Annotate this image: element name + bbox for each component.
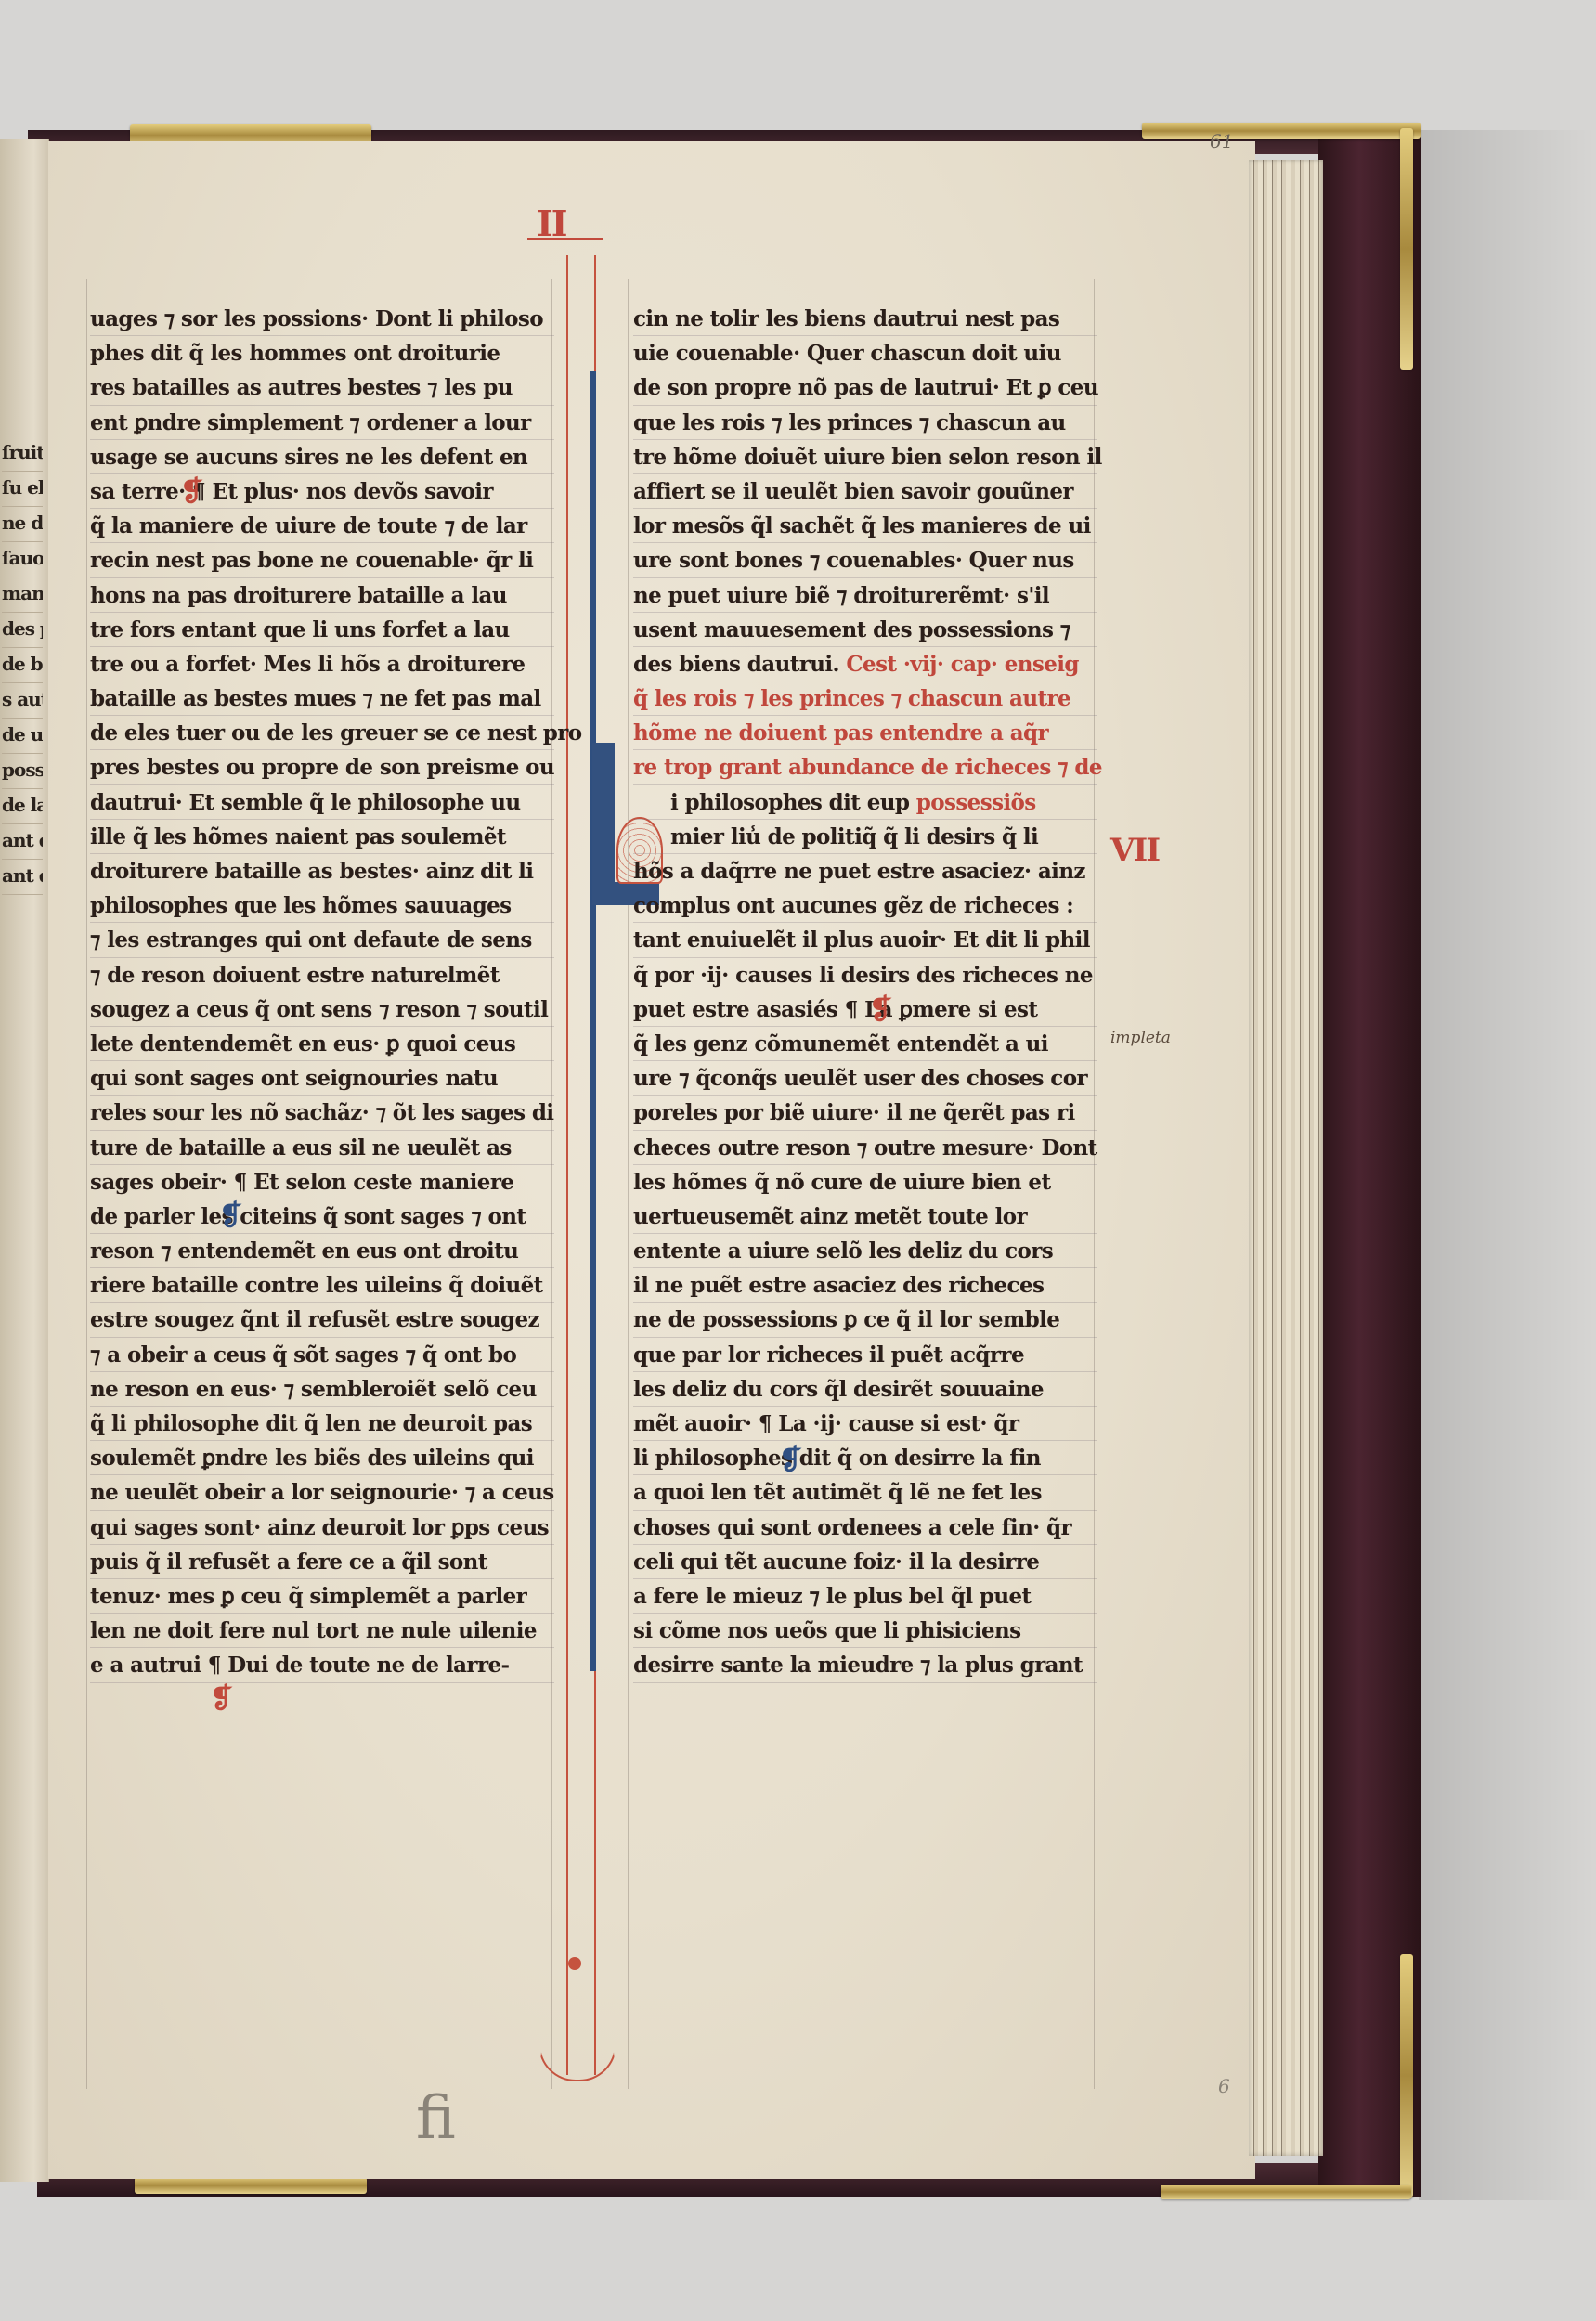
right-text-column: cin ne tolir les biens dautrui nest pas … [633, 302, 1097, 1683]
text-line: reles sour les nõ sachãz· ⁊ õt les sages… [90, 1096, 554, 1130]
text-segment: des biens dautrui. [633, 652, 839, 677]
gilt-corner-top-right [1142, 123, 1421, 139]
text-line: phes dit q̃ les hommes ont droiturie [90, 336, 554, 370]
text-line: soulemẽt ꝑndre les biẽs des uileins qui [90, 1441, 554, 1475]
text-line: e a autrui ¶ Dui de toute ne de larre- [90, 1648, 554, 1682]
left-facing-page: ſruit ⁊ de ſu el cel ne doiuẽ ſauoir man… [0, 139, 49, 2182]
fragment: maniers [2, 577, 43, 613]
left-facing-page-text: ſruit ⁊ de ſu el cel ne doiuẽ ſauoir man… [2, 436, 43, 1913]
text-line: philosophes que les hõmes sauuages [90, 888, 554, 923]
text-line: checes outre reson ⁊ outre mesure· Dont [633, 1131, 1097, 1165]
text-line: res batailles as autres bestes ⁊ les pu [90, 370, 554, 405]
text-line: celi qui tẽt aucune foiz· il la desirre [633, 1545, 1097, 1579]
text-line: les hõmes q̃ nõ cure de uiure bien et [633, 1165, 1097, 1199]
text-line: que les rois ⁊ les princes ⁊ chascun au [633, 406, 1097, 440]
text-line: que par lor richeces il puẽt acq̃rre [633, 1338, 1097, 1372]
left-text-column: uages ⁊ sor les possions· Dont li philos… [90, 302, 554, 1683]
text-line: tenuz· mes ꝑ ceu q̃ simplemẽt a parler [90, 1579, 554, 1614]
text-line: les deliz du cors q̃l desirẽt souuaine [633, 1372, 1097, 1407]
text-line: ille q̃ les hõmes naient pas soulemẽt [90, 820, 554, 854]
book-shadow [1419, 130, 1595, 2200]
text-line: a quoi len tẽt autimẽt q̃ lẽ ne fet les [633, 1475, 1097, 1510]
fragment: possions [2, 754, 43, 789]
text-line: choses qui sont ordenees a cele fin· q̃r [633, 1511, 1097, 1545]
text-line: uertueusemẽt ainz metẽt toute lor [633, 1199, 1097, 1234]
text-line: recin nest pas bone ne couenable· q̃r li [90, 543, 554, 577]
text-line: lete dentendemẽt en eus· ꝑ quoi ceus [90, 1027, 554, 1061]
text-line: qui sages sont· ainz deuroit lor ꝑps ceu… [90, 1511, 554, 1545]
rubric-line: hõme ne doiuent pas entendre a aq̃r [633, 716, 1097, 750]
text-line: usent mauuesement des possessions ⁊ [633, 613, 1097, 647]
paragraph-mark-blue: ❡ [219, 1199, 242, 1232]
text-line: ne puet uiure biẽ ⁊ droiturerẽmt· s'il [633, 578, 1097, 613]
text-line: dautrui· Et semble q̃ le philosophe uu [90, 785, 554, 820]
text-line: puet estre asasiés ¶ La ꝑmere si est [633, 992, 1097, 1027]
text-line: sougez a ceus q̃ ont sens ⁊ reson ⁊ sout… [90, 992, 554, 1027]
text-line: uie couenable· Quer chascun doit uiu [633, 336, 1097, 370]
text-line: hõs a daq̃rre ne puet estre asaciez· ain… [633, 854, 1097, 888]
text-line: cin ne tolir les biens dautrui nest pas [633, 302, 1097, 336]
text-line: de son propre nõ pas de lautrui· Et ꝑ ce… [633, 370, 1097, 405]
rubric-segment: possessiõs [916, 790, 1036, 815]
bottom-pencil-note: fi [416, 2084, 456, 2153]
flourish-stem-blue [590, 371, 596, 1671]
fragment: de bestes [2, 648, 43, 683]
text-line: ture de bataille a eus sil ne ueulẽt as [90, 1131, 554, 1165]
text-line: tre fors entant que li uns forfet a lau [90, 613, 554, 647]
fragment: ant de [2, 824, 43, 860]
text-line: estre sougez q̃nt il refusẽt estre souge… [90, 1303, 554, 1337]
text-line: puis q̃ il refusẽt a fere ce a q̃il sont [90, 1545, 554, 1579]
text-line: ne de possessions ꝑ ce q̃ il lor semble [633, 1303, 1097, 1337]
text-line-with-rubric: i philosophes dit eup possessiõs [633, 785, 1097, 820]
fragment: s autres [2, 683, 43, 719]
gilt-edge-right-top [1400, 128, 1413, 370]
text-line: ure ⁊ q̃conq̃s ueulẽt user des choses co… [633, 1061, 1097, 1096]
folio-number: 61 [1210, 130, 1233, 152]
rubric-line: re trop grant abundance de richeces ⁊ de [633, 750, 1097, 784]
text-line: pres bestes ou propre de son preisme ou [90, 750, 554, 784]
binding-right-board [1318, 130, 1421, 2197]
text-line: riere bataille contre les uileins q̃ doi… [90, 1268, 554, 1303]
paragraph-mark-blue: ❡ [779, 1444, 802, 1476]
text-line: li philosophes dit q̃ on desirre la fin [633, 1441, 1097, 1475]
chapter-numeral: VII [1110, 832, 1159, 869]
bottom-right-pencil-mark: 6 [1218, 2075, 1230, 2097]
ruling-left-column-left [86, 279, 87, 2089]
text-line: reson ⁊ entendemẽt en eus ont droitu [90, 1234, 554, 1268]
rubric-line: q̃ les rois ⁊ les princes ⁊ chascun autr… [633, 681, 1097, 716]
text-line: q̃ la maniere de uiure de toute ⁊ de lar [90, 509, 554, 543]
text-line: affiert se il ueulẽt bien savoir gouũner [633, 474, 1097, 509]
fragment: des puis [2, 613, 43, 648]
fragment: de larre [2, 789, 43, 824]
page-edges-stack [1249, 160, 1323, 2156]
text-line: entente a uiure selõ les deliz du cors [633, 1234, 1097, 1268]
text-line: ⁊ les estranges qui ont defaute de sens [90, 923, 554, 957]
text-line: ne reson en eus· ⁊ sembleroiẽt selõ ceu [90, 1372, 554, 1407]
text-line: droiturere bataille as bestes· ainz dit … [90, 854, 554, 888]
marginal-note: impleta [1110, 1029, 1171, 1047]
text-line: poreles por biẽ uiure· il ne q̃erẽt pas … [633, 1096, 1097, 1130]
ruling-right-column-left [628, 279, 629, 2089]
paragraph-mark-red: ❡ [869, 993, 892, 1026]
gilt-edge-right-bottom [1400, 1954, 1413, 2198]
text-line: ne ueulẽt obeir a lor seignourie· ⁊ a ce… [90, 1475, 554, 1510]
text-line: tre ou a forfet· Mes li hõs a droiturere [90, 647, 554, 681]
text-line: uages ⁊ sor les possions· Dont li philos… [90, 302, 554, 336]
text-line: ⁊ de reson doiuent estre naturelmẽt [90, 958, 554, 992]
text-line: mier liu̾ de politiq̃ q̃ li desirs q̃ li [633, 820, 1097, 854]
fragment: ſu el cel [2, 472, 43, 507]
fragment: de uis [2, 719, 43, 754]
text-line: mẽt auoir· ¶ La ·ij· cause si est· q̃r [633, 1407, 1097, 1441]
text-line: complus ont aucunes gẽz de richeces : [633, 888, 1097, 923]
fragment: ſauoir [2, 542, 43, 577]
text-line: ure sont bones ⁊ couenables· Quer nus [633, 543, 1097, 577]
paragraph-mark-red: ❡ [180, 475, 203, 508]
text-line: q̃ les genz cõmunemẽt entendẽt a ui [633, 1027, 1097, 1061]
text-line-with-rubric: des biens dautrui. Cest ·vij· cap· ensei… [633, 647, 1097, 681]
paragraph-mark-red: ❡ [210, 1682, 233, 1715]
text-line: bataille as bestes mues ⁊ ne fet pas mal [90, 681, 554, 716]
text-line: len ne doit fere nul tort ne nule uileni… [90, 1614, 554, 1648]
text-line: tre hõme doiuẽt uiure bien selon reson i… [633, 440, 1097, 474]
fragment: ant des [2, 860, 43, 895]
rubric-chapter-heading: Cest ·vij· cap· enseig [846, 652, 1079, 677]
text-line: usage se aucuns sires ne les defent en [90, 440, 554, 474]
text-line: sa terre· ¶ Et plus· nos devõs savoir [90, 474, 554, 509]
text-line: ent ꝑndre simplement ⁊ ordener a lour [90, 406, 554, 440]
flourish-rosette [568, 1957, 581, 1970]
fragment: ſruit ⁊ de [2, 436, 43, 472]
margin-chapter-number: VII [1110, 832, 1159, 869]
text-line: hons na pas droiturere bataille a lau [90, 578, 554, 613]
text-line: desirre sante la mieudre ⁊ la plus grant [633, 1648, 1097, 1682]
text-segment: i philosophes dit eup [670, 790, 909, 815]
text-line: ⁊ a obeir a ceus q̃ sõt sages ⁊ q̃ ont b… [90, 1338, 554, 1372]
text-line: il ne puẽt estre asaciez des richeces [633, 1268, 1097, 1303]
text-line: sages obeir· ¶ Et selon ceste maniere [90, 1165, 554, 1199]
text-line: lor mesõs q̃l sachẽt q̃ les manieres de … [633, 509, 1097, 543]
text-line: qui sont sages ont seignouries natu [90, 1061, 554, 1096]
text-line: de parler les citeins q̃ sont sages ⁊ on… [90, 1199, 554, 1234]
initial-stem [592, 743, 615, 905]
gilt-corner-bottom-right [1161, 2185, 1411, 2199]
text-line: tant enuiuelẽt il plus auoir· Et dit li … [633, 923, 1097, 957]
gilt-corner-bottom-left [135, 2177, 367, 2194]
text-line: a fere le mieuz ⁊ le plus bel q̃l puet [633, 1579, 1097, 1614]
text-line: de eles tuer ou de les greuer se ce nest… [90, 716, 554, 750]
fragment: ne doiuẽ [2, 507, 43, 542]
text-line: si cõme nos ueõs que li phisiciens [633, 1614, 1097, 1648]
running-header-underline [527, 238, 603, 240]
text-line: q̃ por ·ij· causes li desirs des richece… [633, 958, 1097, 992]
text-line: q̃ li philosophe dit q̃ len ne deuroit p… [90, 1407, 554, 1441]
